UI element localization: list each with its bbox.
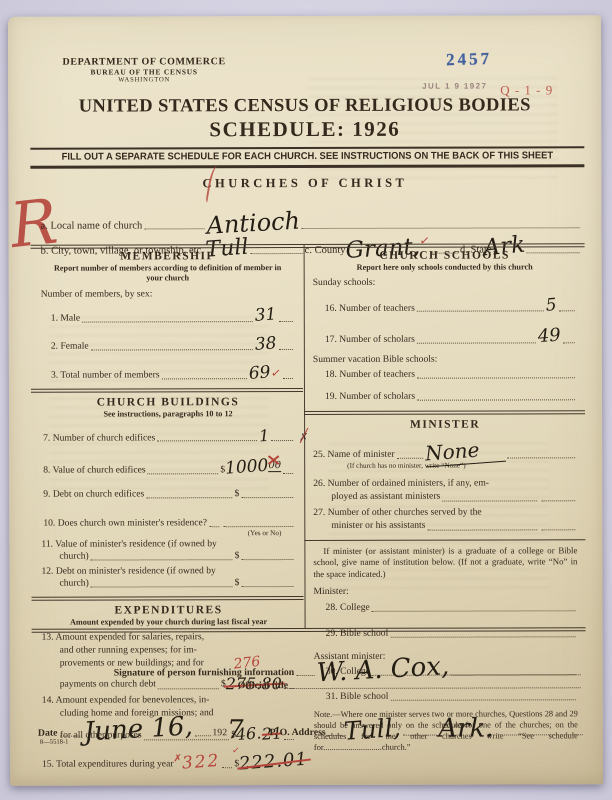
form-subtitle: SCHEDULE: 1926 [8,116,601,143]
row-label-line1: 27. Number of other churches served by t… [313,506,577,520]
buildings-subtitle: See instructions, paragraphs 10 to 12 [49,409,287,420]
row-label: 16. Number of teachers [325,302,415,314]
dotted-line [158,687,219,690]
row-other-churches: 27. Number of other churches served by t… [313,506,577,533]
official-title-label: Official title [238,680,288,691]
row-label: 28. College [326,602,370,614]
row-label: 31. Bible school [326,691,389,703]
row-label-line1: 26. Number of ordained ministers, if any… [313,477,577,491]
red-check-mark: ✓ [270,366,282,382]
row-edifices-count: 7. Number of church edifices 1 [43,424,295,445]
row-label-line1: 11. Value of minister's residence (if ow… [41,538,295,551]
row-edifices-debt: 9. Debt on church edifices $ [43,488,295,501]
banner-text: FILL OUT A SEPARATE SCHEDULE FOR EACH CH… [41,150,573,162]
row-label-line2: church) [59,577,88,589]
handwritten-value: 31 [254,305,277,328]
row-residence-debt: 12. Debt on minister's residence (if own… [41,565,295,590]
yes-or-no-note: (Yes or No) [41,529,281,538]
row-label: 19. Number of scholars [325,391,415,403]
row-label-line1: 14. Amount expended for benevolences, in… [42,694,296,708]
dotted-line [279,319,293,322]
row-label: 8. Value of church edifices [43,464,145,476]
row-label-line2: church) [59,550,88,562]
graduate-instruction: If minister (or assistant minister) is a… [313,545,577,580]
dotted-line [397,456,423,459]
dotted-line [271,439,293,442]
dotted-line [390,634,575,637]
dotted-line [146,495,232,498]
section-divider-rule [304,410,585,415]
row-total-expenditures: 15. Total expenditures during year ✗ 322… [42,748,296,771]
answer-blank [541,527,575,530]
row-label: 15. Total expenditures during year [42,759,174,771]
dotted-line [290,685,581,689]
dotted-line [559,309,575,312]
row-label-line1: 12. Debt on minister's residence (if own… [41,565,295,578]
dollar-sign: $ [235,550,240,562]
row-label-line4: payments on church debt [60,679,156,692]
row-summer-teachers: 18. Number of teachers [325,368,577,381]
dotted-line [82,319,253,322]
row-edifices-value: 8. Value of church edifices $ 1000 00 [43,455,295,477]
date-received-stamp: JUL 1 9 1927 [422,82,487,91]
dotted-line [372,608,576,612]
dotted-line [296,673,314,676]
row-sunday-teachers: 16. Number of teachers 5 [325,293,577,315]
dotted-line [222,765,232,768]
row-residence-value: 11. Value of minister's residence (if ow… [41,538,295,563]
form-title: UNITED STATES CENSUS OF RELIGIOUS BODIES [8,95,601,118]
dotted-line [417,340,536,343]
dotted-line [59,734,81,737]
handwritten-value: 1000 [224,456,269,480]
row-label: 7. Number of church edifices [43,432,155,444]
census-form-sheet: DEPARTMENT OF COMMERCE BUREAU OF THE CEN… [8,15,603,786]
handwritten-value: 5 [545,295,557,317]
dotted-line [157,439,257,442]
row-label: 1. Male [51,312,80,324]
dotted-line [241,557,293,560]
row-male: 1. Male 31 [51,303,295,325]
expenditures-title: EXPENDITURES [42,604,296,617]
dotted-line [496,732,583,735]
year-prefix: 192 [212,727,227,738]
dotted-line [91,347,254,350]
dollar-sign: $ [234,488,239,500]
membership-title: MEMBERSHIP [41,250,295,263]
form-number: 8—5518-1 [40,739,69,746]
section-divider-rule [304,539,585,541]
dotted-line [427,527,537,530]
row-minister-college: 28. College [326,601,578,614]
section-divider-rule [32,596,304,601]
dotted-line [417,397,575,400]
dotted-line [194,733,210,736]
row-total-members: 3. Total number of members 69 ✓ [51,360,295,382]
section-divider-rule [31,388,303,393]
answer-blank [541,498,575,501]
row-summer-scholars: 19. Number of scholars [325,390,577,403]
signature-label: Signature of person furnishing informati… [114,667,295,678]
membership-subtitle: Report number of members according to de… [49,263,287,284]
red-correction-value: 322 [181,751,221,775]
dotted-line [279,347,293,350]
dotted-line [148,471,219,474]
handwritten-value: 1 [258,426,270,447]
row-label-line2: minister or his assistants [331,519,425,532]
pencil-scribble-mark: ✗╱ [299,431,308,445]
dotted-line [417,309,544,312]
row-sunday-scholars: 17. Number of scholars 49 [325,323,577,346]
row-label: 29. Bible school [326,628,389,640]
row-ordained-ministers: 26. Number of ordained ministers, if any… [313,477,577,504]
red-cross-mark [268,454,279,465]
row-female: 2. Female 38 [51,331,295,353]
handwritten-value: 49 [537,325,561,349]
year-digit-handwritten: 7 [227,715,244,745]
dotted-line [91,557,233,560]
schools-title: CHURCH SCHOOLS [313,249,577,262]
row-label: 18. Number of teachers [325,369,415,381]
signature-row: Signature of person furnishing informati… [114,647,583,678]
row-label: 10. Does church own minister's residence… [43,517,207,529]
row-label-line1: 13. Amount expended for salaries, repair… [42,631,296,645]
dollar-sign: $ [235,577,240,589]
department-name: DEPARTMENT OF COMMERCE [34,56,254,68]
dotted-line [442,498,537,501]
dotted-line [507,455,575,458]
row-label: 3. Total number of members [51,370,160,382]
handwritten-value: 38 [254,333,277,356]
dotted-line [390,697,575,700]
po-address-label: P. O. Address [270,727,326,738]
po-city-handwritten: Tull, [343,713,402,746]
left-column: MEMBERSHIP Report number of members acco… [41,250,296,771]
row-label: 25. Name of minister [313,449,395,461]
answer-blank [223,524,293,527]
field-local-name: a. Local name of church Antioch [40,202,581,231]
row-owns-residence: 10. Does church own minister's residence… [43,517,295,530]
handwritten-value: 69 [248,362,271,385]
row-minister-bible-school: 29. Bible school [326,627,578,640]
denomination-title: CHURCHES OF CHRIST [8,175,601,192]
minister-heading: Minister: [313,585,577,598]
row-label: 17. Number of scholars [325,334,415,346]
agency-city: WASHINGTON [34,76,254,84]
dotted-line [209,524,219,527]
date-address-row: Date 8—5518-1 June 16, 192 7 P. O. Addre… [38,707,585,738]
date-handwritten: June 16, [83,711,193,747]
row-label: 2. Female [51,341,89,353]
sunday-schools-label: Sunday schools: [313,277,577,290]
dotted-line [563,340,575,343]
summer-schools-label: Summer vacation Bible schools: [313,353,577,366]
dotted-line [241,584,293,587]
row-label-line2: ployed as assistant ministers [331,491,440,504]
dotted-line [402,733,436,736]
row-label: 9. Debt on church edifices [43,488,144,500]
date-label: Date [38,728,58,739]
handwritten-value-struck: 222.01 [238,748,308,775]
dotted-line [417,375,575,378]
expenditures-subtitle: Amount expended by your church during la… [50,617,288,628]
dotted-line [283,376,293,379]
dotted-line [328,733,342,736]
buildings-title: CHURCH BUILDINGS [41,396,295,409]
print-code: 11—0204 [442,723,467,730]
official-title-row: Official title [238,679,583,691]
dotted-line [144,226,204,229]
minister-title: MINISTER [313,418,577,431]
serial-number-stamp: 2457 [446,49,493,70]
dotted-line [91,584,233,587]
dotted-line [241,495,293,498]
row-minister-name: ✗╱ 25. Name of minister None [313,434,577,461]
banner-bar: FILL OUT A SEPARATE SCHEDULE FOR EACH CH… [30,146,584,168]
membership-intro: Number of members, by sex: [41,288,295,301]
agency-block: DEPARTMENT OF COMMERCE BUREAU OF THE CEN… [34,56,254,84]
dotted-line [451,672,581,675]
dotted-line [162,376,248,379]
row-assistant-bible-school: 31. Bible school [326,690,578,703]
schools-subtitle: Report here only schools conducted by th… [321,262,569,273]
dotted-line [283,471,293,474]
